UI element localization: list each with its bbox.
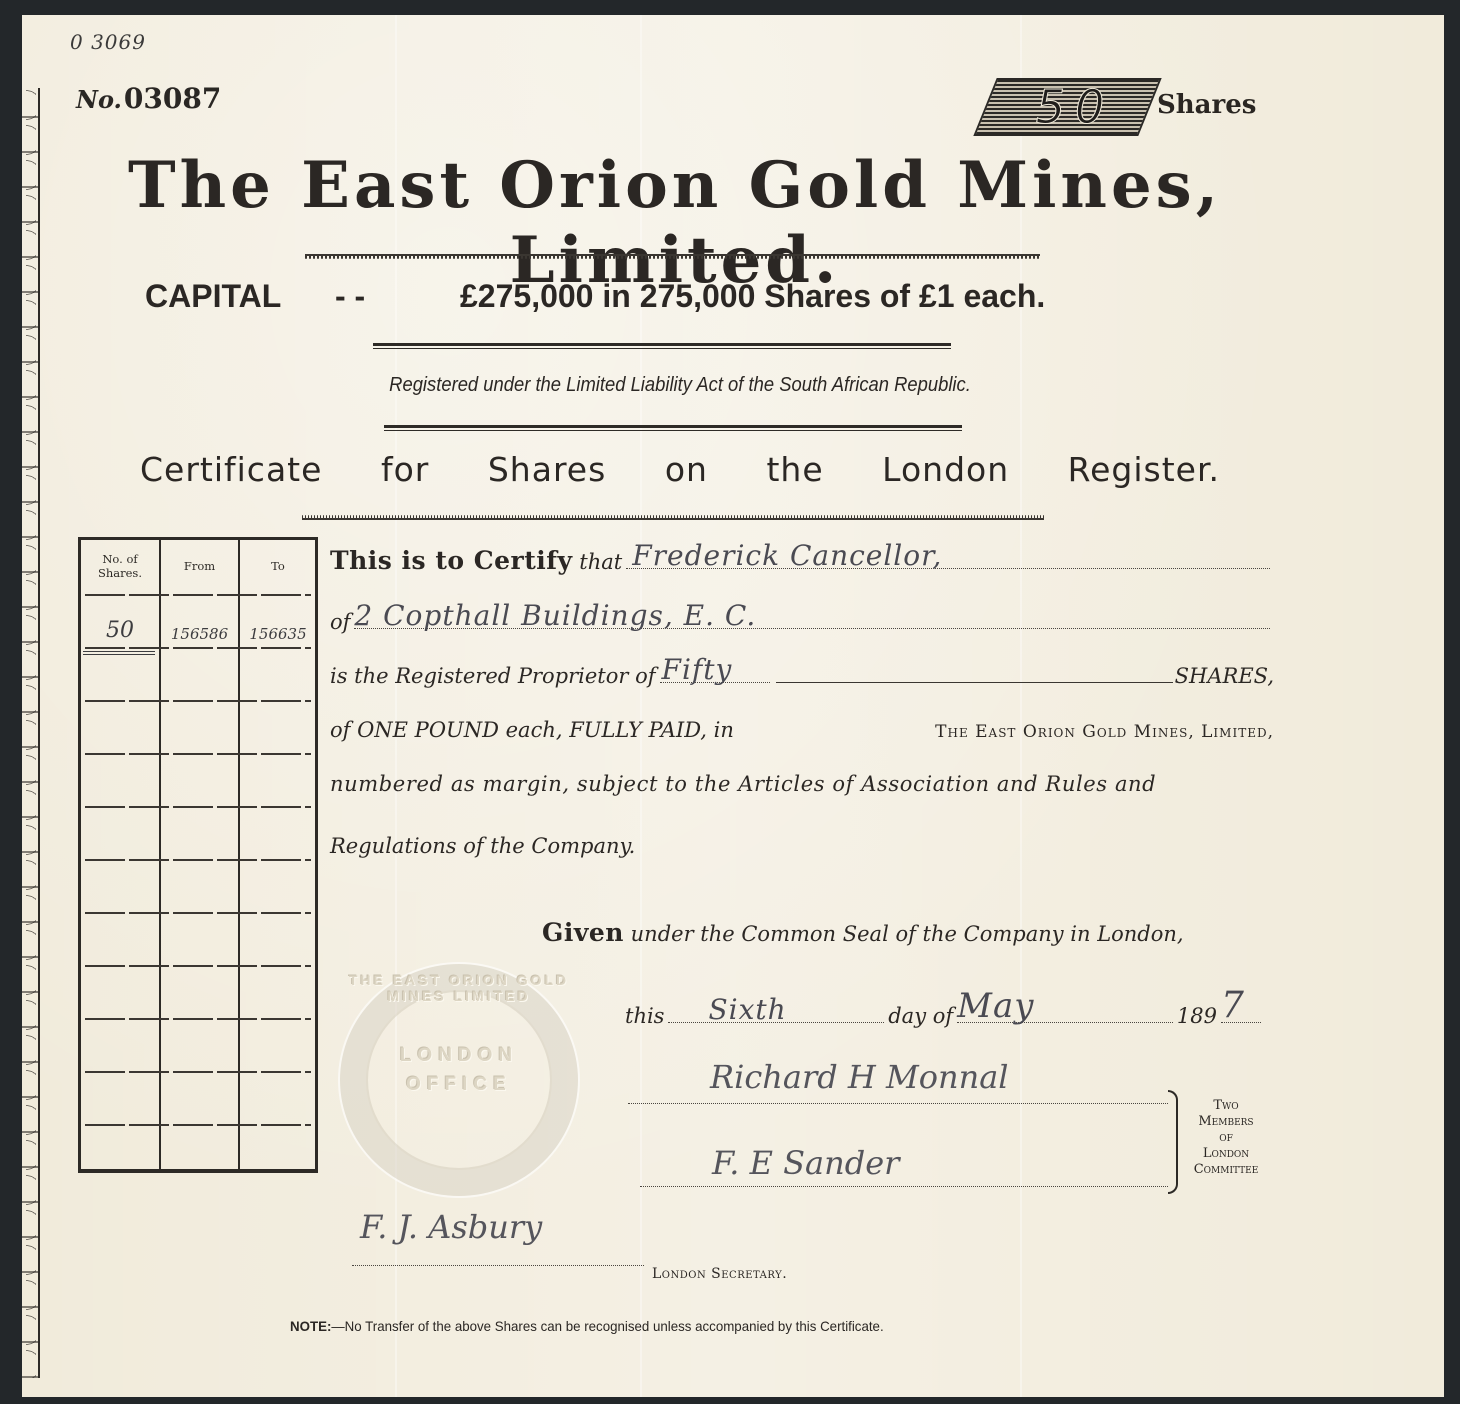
committee-bracket bbox=[1168, 1090, 1178, 1194]
header-from: From bbox=[161, 540, 238, 593]
shares-count-value: 50 bbox=[1020, 80, 1130, 134]
header-no-of-shares: No. of Shares. bbox=[81, 540, 159, 593]
fully-paid-text: of ONE POUND each, FULLY PAID, in bbox=[330, 718, 734, 742]
given-line: Given under the Common Seal of the Compa… bbox=[542, 918, 1262, 947]
certify-that: that bbox=[579, 550, 622, 574]
regulations-line: Regulations of the Company. bbox=[330, 834, 1274, 858]
certificate-subtitle: Certificate for Shares on the London Reg… bbox=[140, 450, 1220, 489]
embossed-company-seal: THE EAST ORION GOLD MINES LIMITED LONDON… bbox=[338, 962, 580, 1198]
fully-paid-line: of ONE POUND each, FULLY PAID, in The Ea… bbox=[330, 718, 1274, 742]
note-text: —No Transfer of the above Shares can be … bbox=[331, 1318, 883, 1334]
committee-label-line: London bbox=[1178, 1146, 1274, 1162]
transfer-note: NOTE:—No Transfer of the above Shares ca… bbox=[290, 1318, 884, 1334]
capital-dashes: - - bbox=[335, 278, 460, 315]
address-field: 2 Copthall Buildings, E. C. bbox=[354, 628, 1270, 629]
table-cell-shares: 50 bbox=[81, 596, 159, 646]
subtitle-word: London bbox=[882, 450, 1009, 489]
signature-line-1 bbox=[628, 1103, 1168, 1104]
number-prefix: No. bbox=[76, 85, 122, 114]
table-rule bbox=[85, 912, 311, 914]
company-name-inline: The East Orion Gold Mines, Limited, bbox=[935, 722, 1274, 742]
table-rule bbox=[85, 806, 311, 808]
table-rule bbox=[85, 859, 311, 861]
proprietor-text: is the Registered Proprietor of bbox=[330, 664, 656, 688]
certify-gothic: This is to Certify bbox=[330, 546, 573, 575]
subtitle-word: on bbox=[665, 450, 708, 489]
table-rule bbox=[85, 700, 311, 702]
table-rule bbox=[85, 1071, 311, 1073]
given-gothic: Given bbox=[542, 918, 624, 947]
pencil-reference-number: 0 3069 bbox=[70, 30, 146, 54]
share-numbers-table: No. of Shares. From To 50 156586 156635 bbox=[78, 537, 318, 1173]
share-count-words: Fifty bbox=[662, 653, 733, 686]
certificate-number-value: 03087 bbox=[124, 82, 221, 115]
date-day-of: day of bbox=[888, 1004, 953, 1028]
capital-line: CAPITAL - - £275,000 in 275,000 Shares o… bbox=[145, 278, 1195, 315]
day-field: Sixth bbox=[668, 1022, 884, 1023]
handwritten-underline bbox=[83, 651, 155, 655]
fill-stroke bbox=[776, 682, 1173, 683]
table-rule bbox=[85, 753, 311, 755]
subtitle-word: for bbox=[381, 450, 429, 489]
secretary-signature-line bbox=[352, 1265, 644, 1266]
address-line: of 2 Copthall Buildings, E. C. bbox=[330, 610, 1274, 634]
table-rule bbox=[85, 647, 311, 649]
holder-name: Frederick Cancellor, bbox=[632, 539, 942, 572]
table-rule bbox=[85, 1018, 311, 1020]
subtitle-word: Certificate bbox=[140, 450, 322, 489]
signature-line-2 bbox=[640, 1186, 1168, 1187]
certify-line: This is to Certify that Frederick Cancel… bbox=[330, 546, 1274, 575]
table-cell-to: 156635 bbox=[240, 596, 316, 646]
committee-label: Two Members of London Committee bbox=[1178, 1098, 1274, 1178]
seal-ring-text: THE EAST ORION GOLD MINES LIMITED bbox=[340, 972, 578, 1004]
committee-signature-1: Richard H Monnal bbox=[710, 1058, 1009, 1096]
share-words-field: Fifty bbox=[660, 682, 770, 683]
proprietor-line: is the Registered Proprietor of Fifty SH… bbox=[330, 664, 1274, 689]
committee-label-line: Committee bbox=[1178, 1162, 1274, 1178]
shares-suffix: SHARES, bbox=[1175, 664, 1274, 688]
seal-center: LONDON OFFICE bbox=[340, 1042, 578, 1099]
date-line: this Sixth day of May 189 7 bbox=[625, 1004, 1265, 1028]
seal-center-line1: LONDON bbox=[340, 1042, 578, 1071]
month-value: May bbox=[957, 986, 1034, 1026]
subtitle-word: Shares bbox=[488, 450, 606, 489]
day-value: Sixth bbox=[708, 993, 786, 1026]
double-rule bbox=[384, 425, 962, 431]
certificate-number: No.03087 bbox=[76, 82, 221, 115]
shares-label: Shares bbox=[1157, 90, 1256, 120]
committee-label-line: Two bbox=[1178, 1098, 1274, 1114]
capital-label: CAPITAL bbox=[145, 278, 335, 315]
table-rule bbox=[85, 965, 311, 967]
seal-center-line2: OFFICE bbox=[340, 1071, 578, 1100]
year-field: 7 bbox=[1221, 1022, 1261, 1023]
holder-address: 2 Copthall Buildings, E. C. bbox=[354, 599, 756, 632]
secretary-signature: F. J. Asbury bbox=[360, 1208, 542, 1246]
committee-signature-2: F. E Sander bbox=[712, 1144, 899, 1182]
double-rule bbox=[373, 343, 951, 349]
capital-text: £275,000 in 275,000 Shares of £1 each. bbox=[460, 278, 1045, 315]
table-rule bbox=[85, 1124, 311, 1126]
articles-line: numbered as margin, subject to the Artic… bbox=[330, 772, 1274, 796]
decorative-left-border bbox=[22, 88, 40, 1378]
committee-label-line: Members bbox=[1178, 1114, 1274, 1130]
year-value: 7 bbox=[1221, 985, 1245, 1026]
month-field: May bbox=[957, 1022, 1173, 1023]
committee-label-line: of bbox=[1178, 1130, 1274, 1146]
date-this: this bbox=[625, 1004, 664, 1028]
address-of: of bbox=[330, 610, 350, 634]
holder-name-field: Frederick Cancellor, bbox=[626, 568, 1270, 569]
header-to: To bbox=[240, 540, 316, 593]
subtitle-word: the bbox=[766, 450, 823, 489]
given-text: under the Common Seal of the Company in … bbox=[631, 922, 1184, 946]
secretary-label: London Secretary. bbox=[652, 1266, 787, 1282]
company-title: The East Orion Gold Mines, Limited. bbox=[70, 148, 1280, 298]
table-cell-from: 156586 bbox=[161, 596, 238, 646]
year-prefix: 189 bbox=[1177, 1004, 1217, 1028]
registration-statement: Registered under the Limited Liability A… bbox=[174, 374, 1186, 397]
subtitle-word: Register. bbox=[1068, 450, 1220, 489]
note-label: NOTE: bbox=[290, 1318, 331, 1334]
